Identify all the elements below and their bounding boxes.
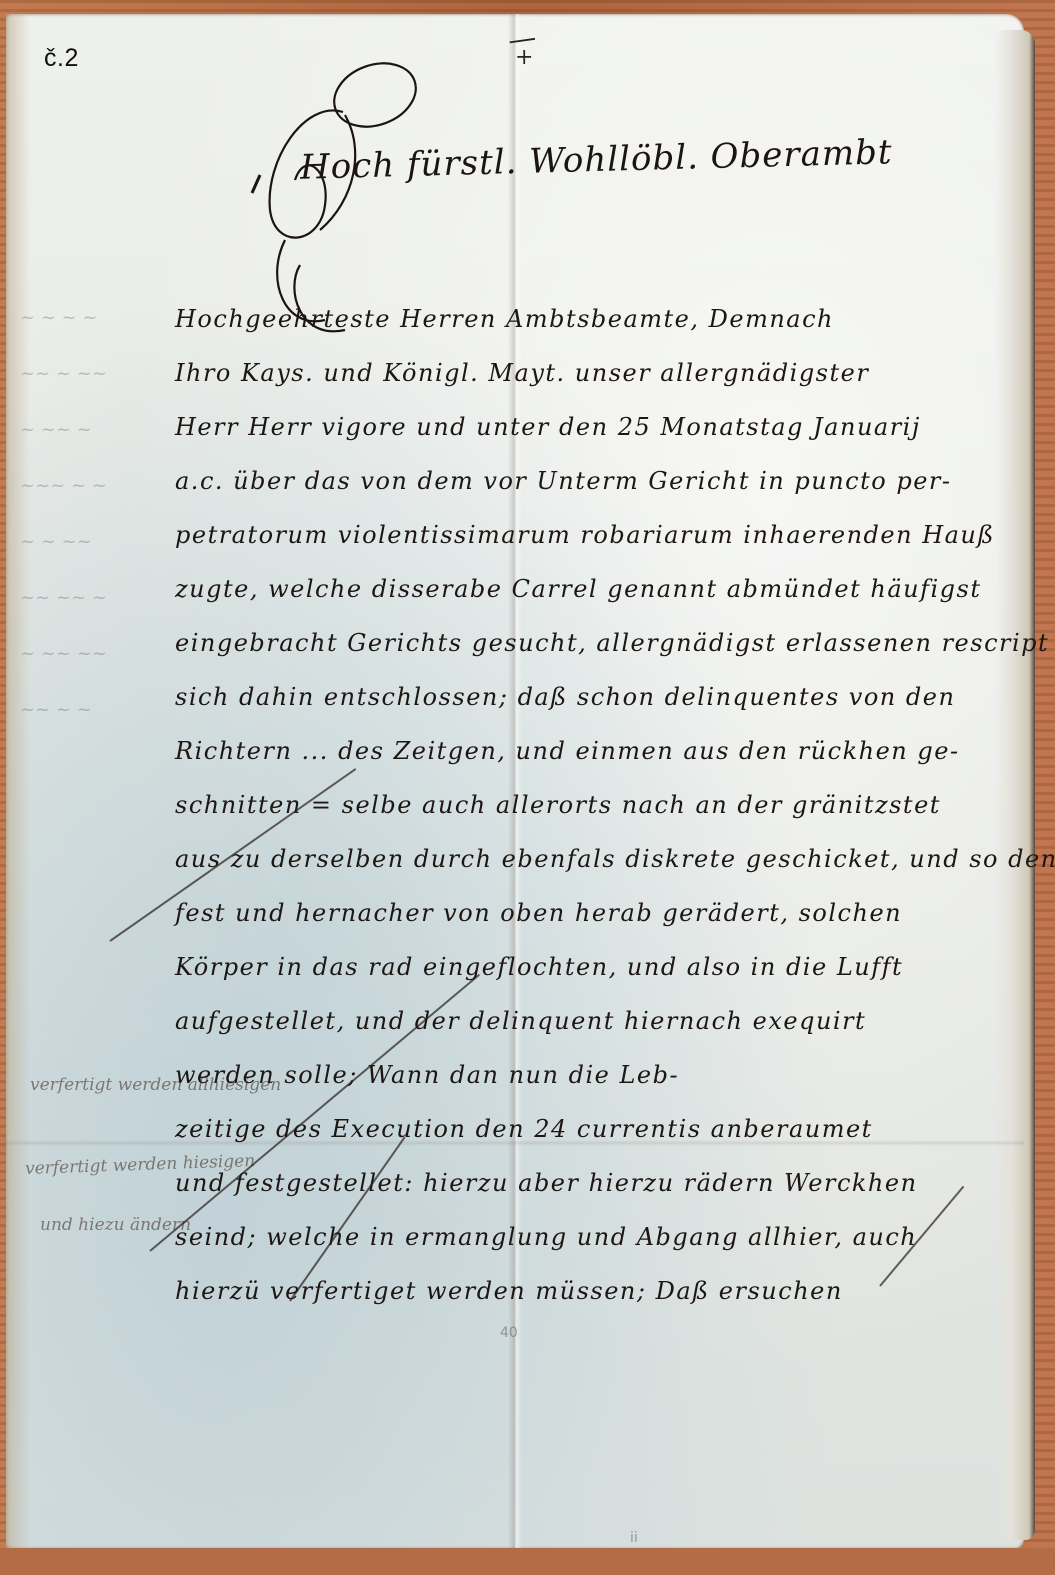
text-line: petratorum violentissimarum robariarum i…	[175, 508, 1035, 562]
ghost-line: ~ ~ ~ ~	[20, 290, 180, 346]
ghost-line: ~ ~~ ~	[20, 402, 180, 458]
text-line: Körper in das rad eingeflochten, und als…	[175, 940, 1035, 994]
margin-note: und hiezu ändern	[40, 1215, 191, 1235]
document-number-label: č.2	[44, 44, 79, 73]
text-line: fest und hernacher von oben herab geräde…	[175, 886, 1035, 940]
text-line: und festgestellet: hierzu aber hierzu rä…	[175, 1156, 1035, 1210]
ghost-line: ~ ~~ ~~	[20, 626, 180, 682]
pencil-mark: 40	[500, 1325, 518, 1341]
text-line: a.c. über das von dem vor Unterm Gericht…	[175, 454, 1035, 508]
ghost-line: ~ ~ ~~	[20, 514, 180, 570]
text-line: sich dahin entschlossen; daß schon delin…	[175, 670, 1035, 724]
text-line: zeitige des Execution den 24 currentis a…	[175, 1102, 1035, 1156]
bleed-through-text: ~ ~ ~ ~ ~~ ~ ~~ ~ ~~ ~ ~~~ ~ ~ ~ ~ ~~ ~~…	[20, 290, 180, 738]
top-cross-mark: +	[515, 45, 533, 70]
text-line: eingebracht Gerichts gesucht, allergnädi…	[175, 616, 1035, 670]
text-line: aufgestellet, und der delinquent hiernac…	[175, 994, 1035, 1048]
paper-left-edge	[6, 14, 30, 1549]
text-line: werden solle; Wann dan nun die Leb-	[175, 1048, 1035, 1102]
pencil-mark: ii	[630, 1530, 638, 1546]
ghost-line: ~~ ~ ~	[20, 682, 180, 738]
text-line: zugte, welche disserabe Carrel genannt a…	[175, 562, 1035, 616]
margin-note: verfertigt werden allhiesigen	[30, 1075, 281, 1095]
text-line: aus zu derselben durch ebenfals diskrete…	[175, 832, 1035, 886]
text-line: Herr Herr vigore und unter den 25 Monats…	[175, 400, 1035, 454]
ghost-line: ~~ ~ ~~	[20, 346, 180, 402]
text-line: Richtern ... des Zeitgen, und einmen aus…	[175, 724, 1035, 778]
text-line: Ihro Kays. und Königl. Mayt. unser aller…	[175, 346, 1035, 400]
table-edge-bottom	[0, 1548, 1055, 1575]
text-line: hierzü verfertiget werden müssen; Daß er…	[175, 1264, 1035, 1318]
ghost-line: ~~ ~~ ~	[20, 570, 180, 626]
text-line: Hochgeehrteste Herren Ambtsbeamte, Demna…	[175, 292, 1035, 346]
ghost-line: ~~~ ~ ~	[20, 458, 180, 514]
